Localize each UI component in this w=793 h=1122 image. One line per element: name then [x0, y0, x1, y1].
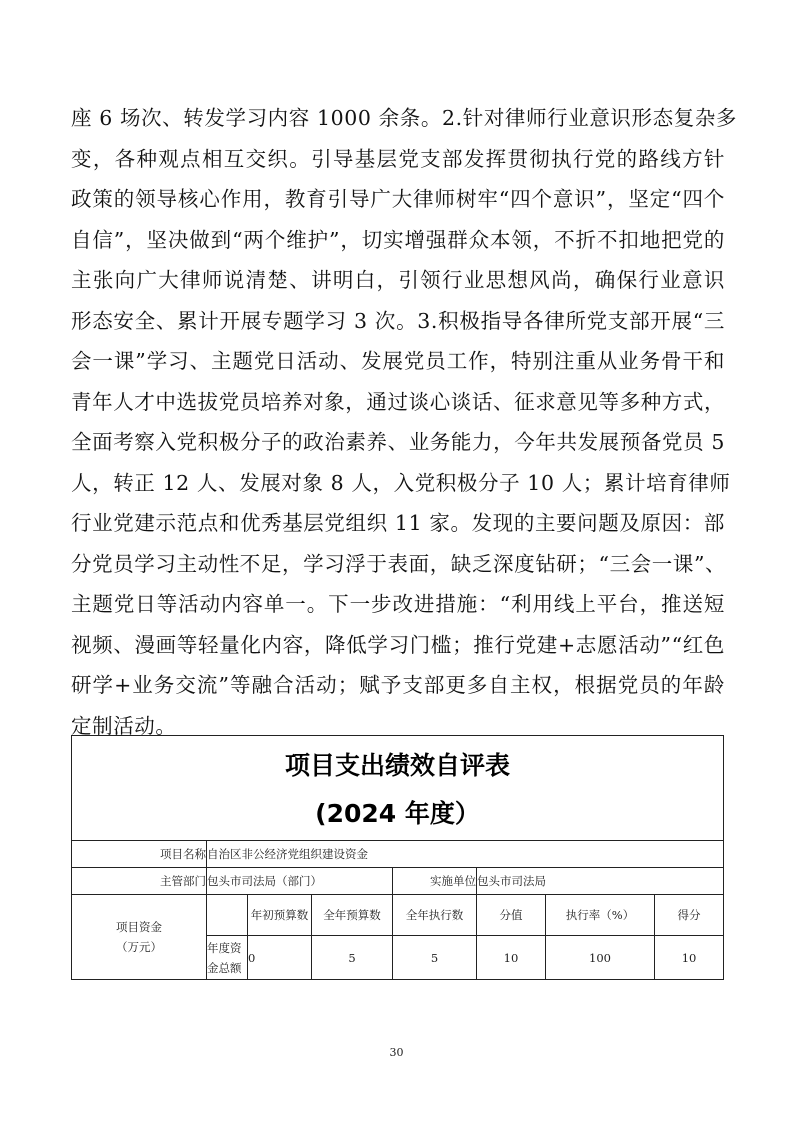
body-paragraph: 座 6 场次、转发学习内容 1000 余条。2.针对律师行业意识形态复杂多 变，… — [71, 98, 725, 746]
text-line: 青年人才中选拔党员培养对象，通过谈心谈话、征求意见等多种方式， — [71, 382, 725, 423]
text-line: 主题党日等活动内容单一。下一步改进措施：“利用线上平台，推送短 — [71, 584, 725, 625]
text-line: 变，各种观点相互交织。引导基层党支部发挥贯彻执行党的路线方针 — [71, 139, 725, 180]
empty-header-cell — [207, 895, 248, 936]
impl-unit-value: 包头市司法局 — [477, 868, 724, 895]
dept-label: 主管部门 — [72, 868, 207, 895]
value-execution-rate: 100 — [546, 936, 655, 980]
text-line: 座 6 场次、转发学习内容 1000 余条。2.针对律师行业意识形态复杂多 — [71, 98, 725, 139]
dept-value: 包头市司法局（部门） — [207, 868, 393, 895]
row-label-line1: 年度资 — [207, 938, 247, 958]
value-initial-budget: 0 — [248, 936, 312, 980]
header-execution-rate: 执行率（%） — [546, 895, 655, 936]
table-subtitle: (2024 年度） — [72, 792, 723, 836]
funds-label-line2: （万元） — [72, 937, 206, 957]
text-line: 行业党建示范点和优秀基层党组织 11 家。发现的主要问题及原因：部 — [71, 503, 725, 544]
header-annual-budget: 全年预算数 — [312, 895, 393, 936]
text-line: 视频、漫画等轻量化内容，降低学习门槛；推行党建+志愿活动”“红色 — [71, 625, 725, 666]
row-label-line2: 金总额 — [207, 958, 247, 978]
project-name-label: 项目名称 — [72, 841, 207, 868]
performance-evaluation-table: 项目支出绩效自评表 (2024 年度） 项目名称 自治区非公经济党组织建设资金 … — [71, 735, 724, 980]
header-score-value: 分值 — [477, 895, 546, 936]
funds-label-line1: 项目资金 — [72, 917, 206, 937]
funds-label: 项目资金 （万元） — [72, 895, 207, 980]
header-score: 得分 — [655, 895, 724, 936]
text-line: 研学+业务交流”等融合活动；赋予支部更多自主权，根据党员的年龄 — [71, 665, 725, 706]
text-line: 主张向广大律师说清楚、讲明白，引领行业思想风尚，确保行业意识 — [71, 260, 725, 301]
text-line: 分党员学习主动性不足，学习浮于表面，缺乏深度钻研；“三会一课”、 — [71, 544, 725, 585]
value-annual-execution: 5 — [393, 936, 477, 980]
header-initial-budget: 年初预算数 — [248, 895, 312, 936]
table-title-cell: 项目支出绩效自评表 (2024 年度） — [72, 736, 724, 841]
text-line: 全面考察入党积极分子的政治素养、业务能力，今年共发展预备党员 5 — [71, 422, 725, 463]
annual-funds-total-label: 年度资 金总额 — [207, 936, 248, 980]
text-line: 形态安全、累计开展专题学习 3 次。3.积极指导各律所党支部开展“三 — [71, 301, 725, 342]
text-line: 人，转正 12 人、发展对象 8 人，入党积极分子 10 人；累计培育律师 — [71, 463, 725, 504]
table-title: 项目支出绩效自评表 — [72, 740, 723, 792]
project-name-value: 自治区非公经济党组织建设资金 — [207, 841, 724, 868]
value-score: 10 — [655, 936, 724, 980]
value-score-value: 10 — [477, 936, 546, 980]
page-number: 30 — [0, 1046, 793, 1059]
text-line: 政策的领导核心作用，教育引导广大律师树牢“四个意识”，坚定“四个 — [71, 179, 725, 220]
impl-unit-label: 实施单位 — [393, 868, 477, 895]
text-line: 会一课”学习、主题党日活动、发展党员工作，特别注重从业务骨干和 — [71, 341, 725, 382]
text-line: 自信”，坚决做到“两个维护”，切实增强群众本领，不折不扣地把党的 — [71, 220, 725, 261]
header-annual-execution: 全年执行数 — [393, 895, 477, 936]
value-annual-budget: 5 — [312, 936, 393, 980]
